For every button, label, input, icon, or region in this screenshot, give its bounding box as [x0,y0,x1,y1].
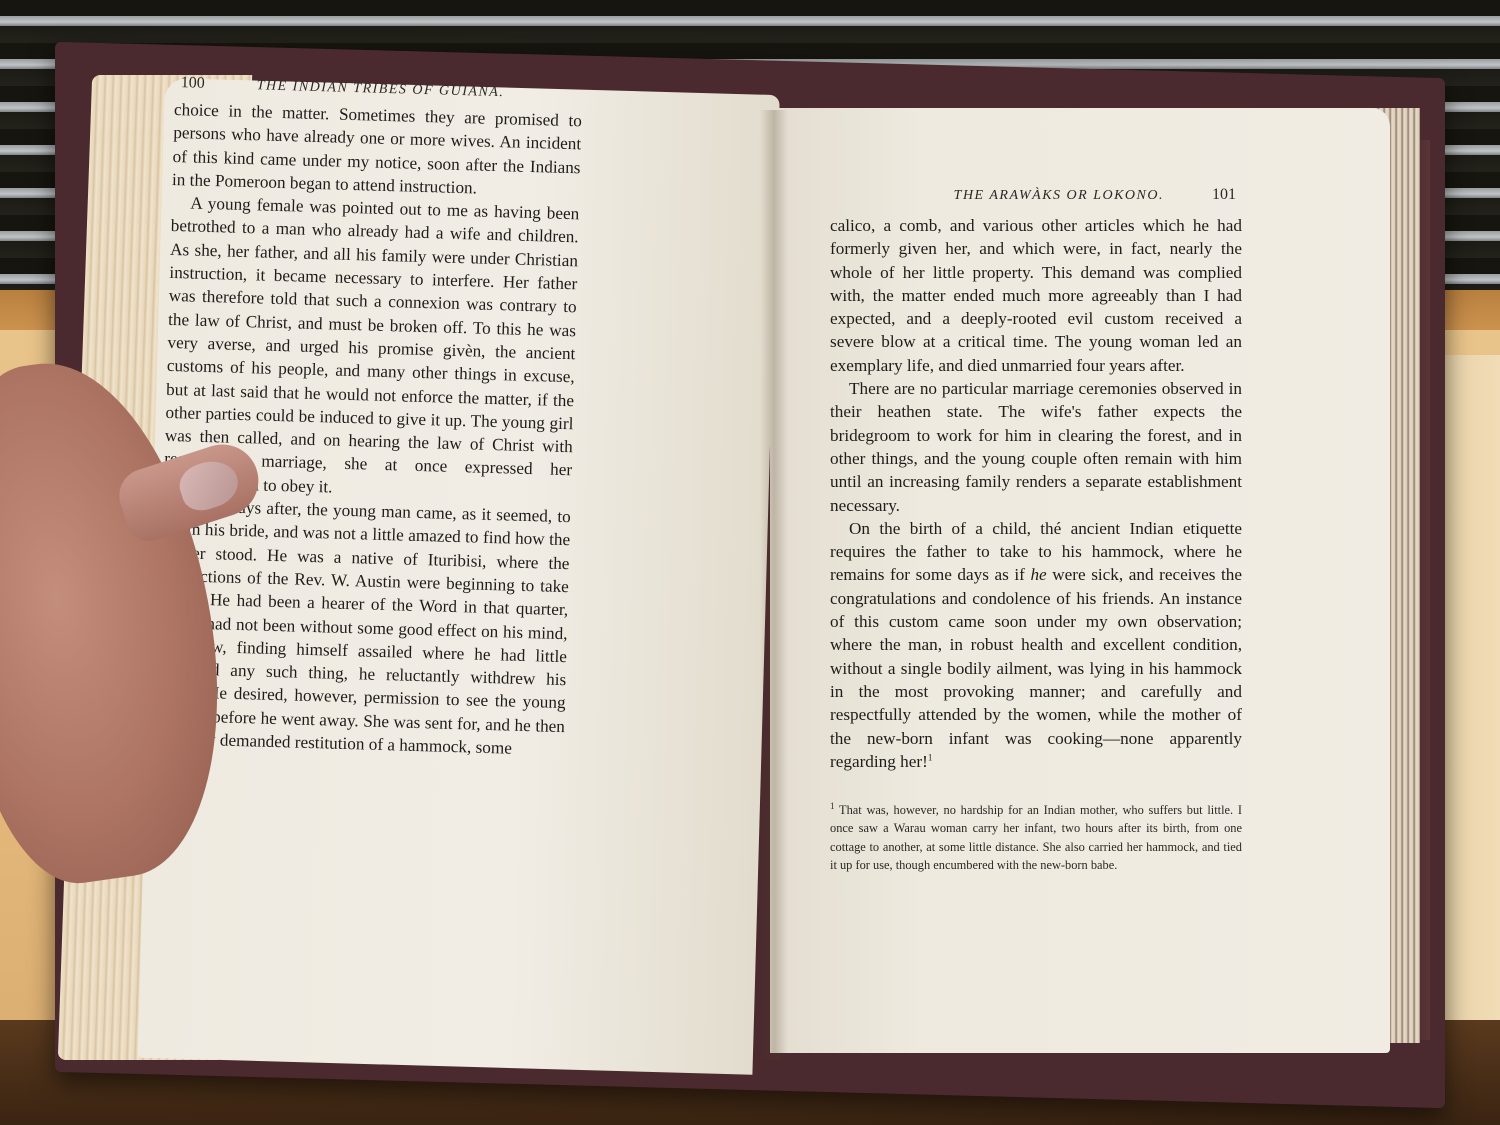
footnote-reference[interactable]: 1 [928,752,933,762]
running-head-title-left: THE INDIAN TRIBES OF GUIANA. [256,78,504,101]
italic-emphasis: he [1030,565,1046,584]
page-number-right: 101 [1212,186,1236,204]
left-body-text: choice in the matter. Sometimes they are… [156,98,582,761]
page-number-left: 100 [180,74,204,93]
paragraph: A few days after, the young man came, as… [156,494,571,762]
running-head-title-right: THE ARAWÀKS OR LOKONO. [954,188,1164,204]
book-gutter [760,110,788,1060]
right-body-text: calico, a comb, and various other articl… [830,214,1242,773]
paragraph: On the birth of a child, thé ancient Ind… [830,517,1242,773]
paragraph: calico, a comb, and various other articl… [830,214,1242,377]
footnote: 1 That was, however, no hardship for an … [830,801,1242,874]
footnote-text: That was, however, no hardship for an In… [830,803,1242,872]
paragraph: There are no particular marriage ceremon… [830,377,1242,517]
footnote-marker: 1 [830,801,835,811]
paragraph-text: were sick, and receives the congratulati… [830,565,1242,770]
paragraph: choice in the matter. Sometimes they are… [172,98,582,203]
right-running-head: THE ARAWÀKS OR LOKONO. 101 [830,186,1236,204]
left-page-content: 100 THE INDIAN TRIBES OF GUIANA. choice … [156,74,585,761]
right-page-content: THE ARAWÀKS OR LOKONO. 101 calico, a com… [830,186,1242,874]
